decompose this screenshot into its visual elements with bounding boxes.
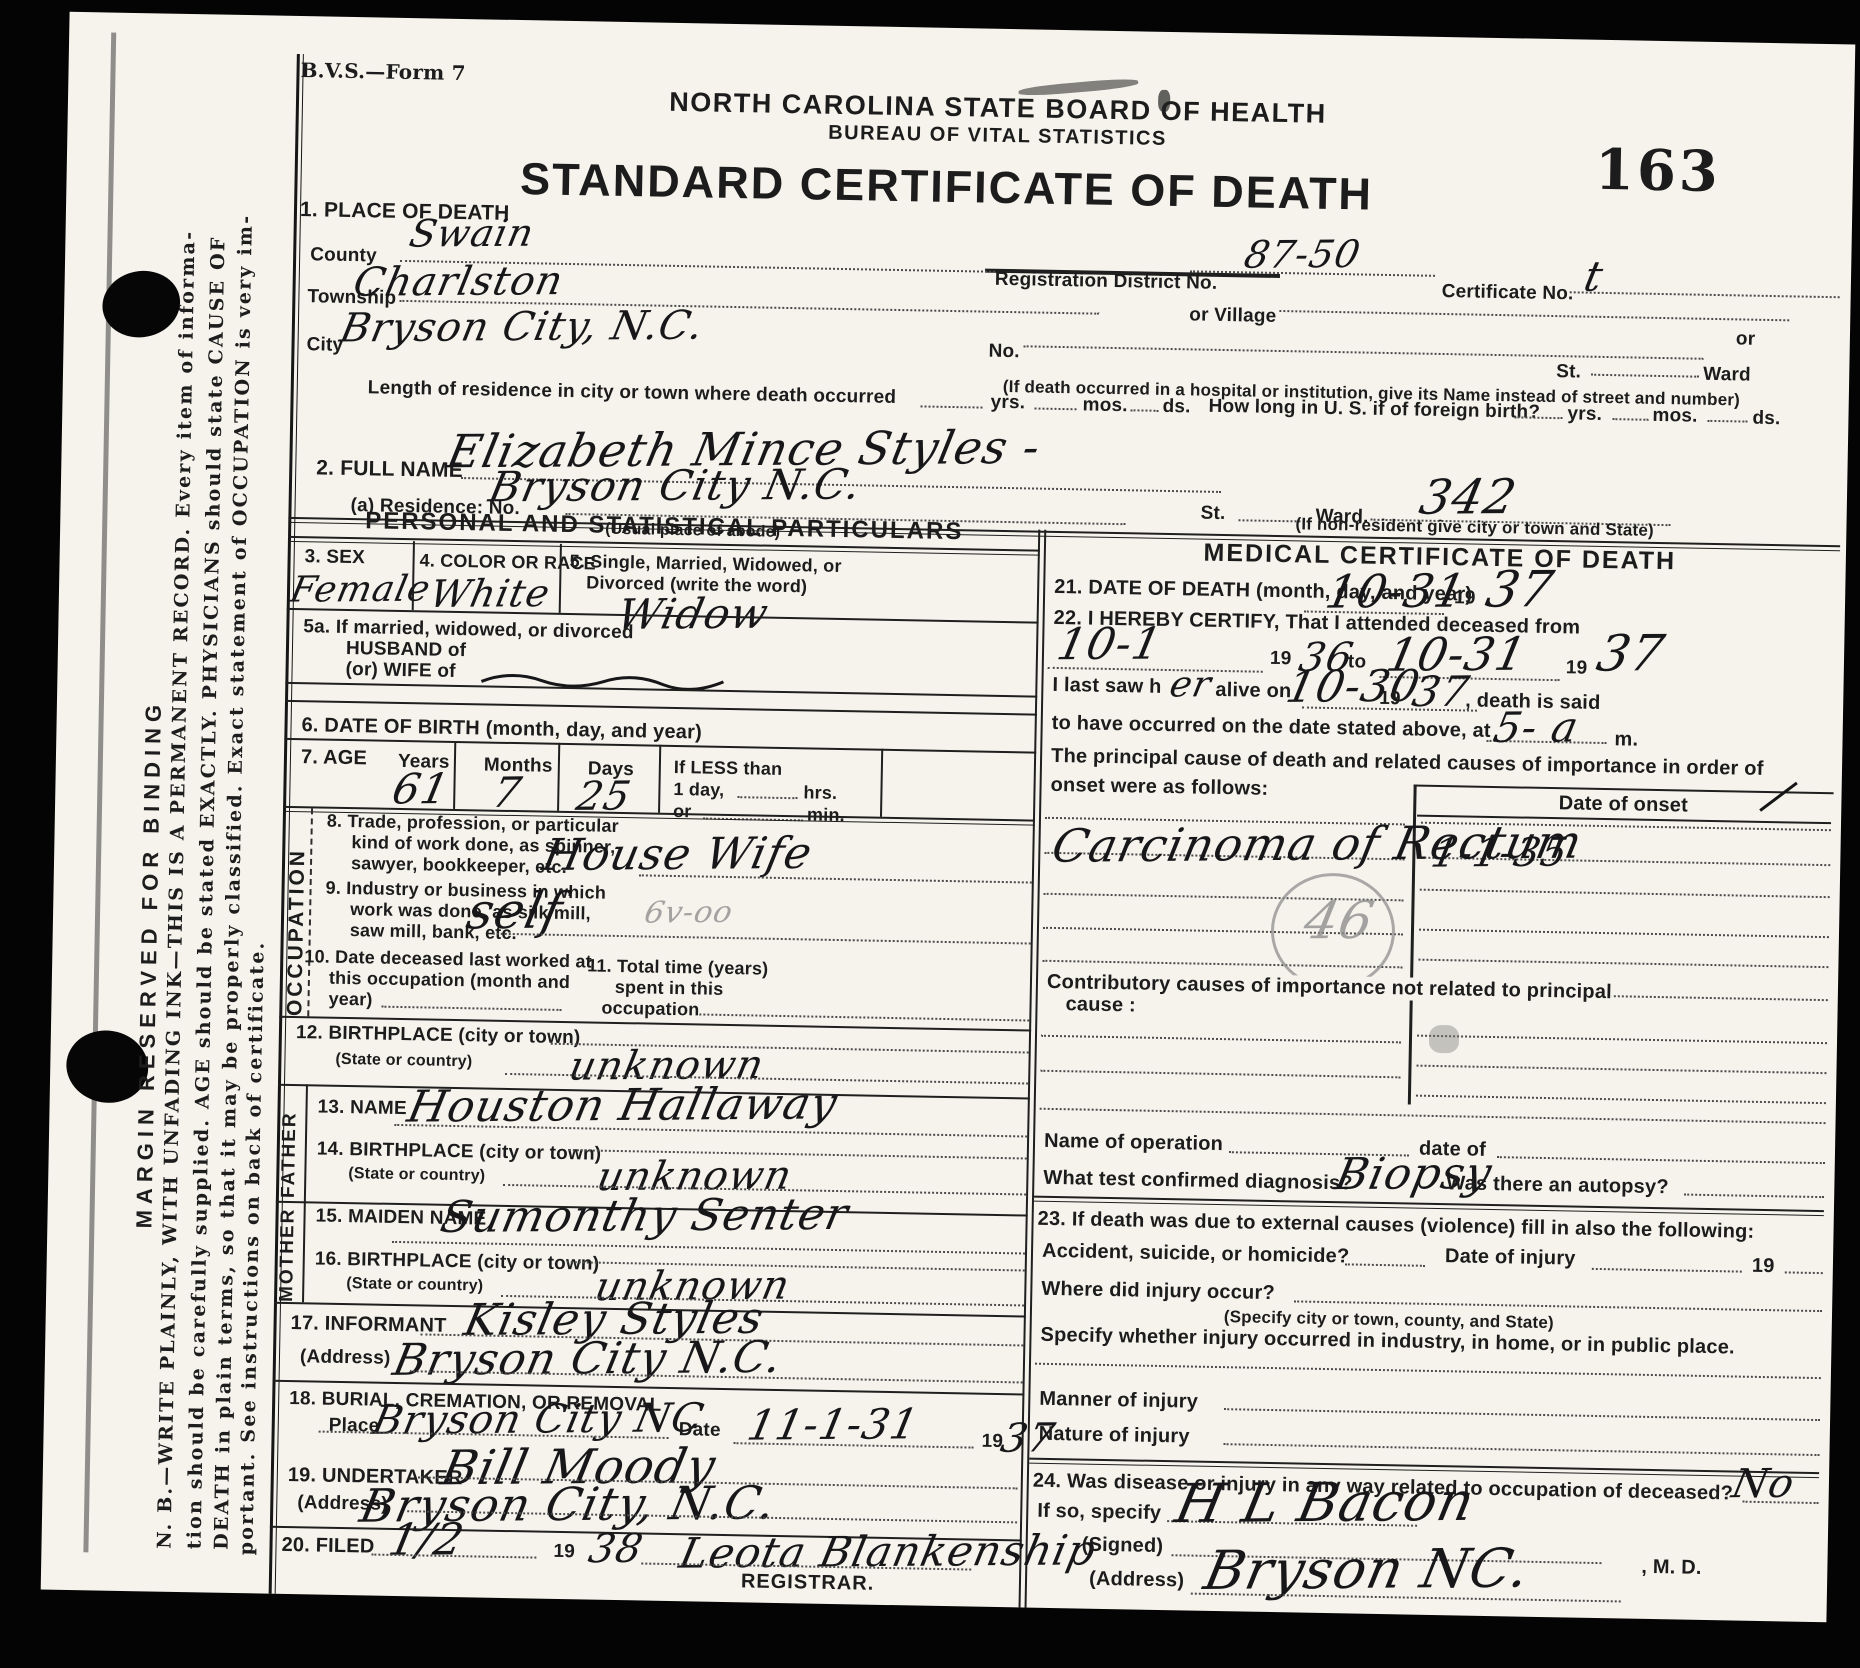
autopsy-dotted [1684, 1194, 1824, 1199]
accident-label: Accident, suicide, or homicide? [1042, 1240, 1350, 1269]
signed-label: (Signed) [1081, 1534, 1163, 1558]
manner-label: Manner of injury [1039, 1388, 1198, 1414]
color-value: White [426, 571, 554, 616]
onset-row-dl-3 [1420, 889, 1830, 899]
item10-dotted [381, 1006, 561, 1011]
township-value: Charlston [349, 258, 567, 305]
parents-bracket-line [302, 1084, 308, 1302]
registration-district-value: 87-50 [1241, 232, 1365, 277]
autopsy-label: Was there an autopsy? [1446, 1172, 1669, 1199]
residence-length-label: Length of residence in city or town wher… [368, 377, 897, 409]
onset-row-dl-9 [1416, 1095, 1826, 1105]
fb-ds-label: ds. [1752, 408, 1780, 431]
where-label: Where did injury occur? [1041, 1278, 1275, 1305]
industry-pencil-code: 6v-oo [641, 895, 736, 931]
city-value: Bryson City, N.C. [336, 303, 708, 352]
contributory-dl-2 [1040, 1070, 1400, 1079]
occupation-value: House Wife [538, 828, 817, 881]
attended-to-19: 19 [1566, 657, 1588, 679]
item16-state-label: (State or country) [346, 1275, 483, 1296]
death-year-value: 37 [1481, 560, 1559, 618]
industry-value: self [462, 882, 568, 940]
item23-label: 23. If death was due to external causes … [1037, 1208, 1754, 1244]
contributory-dl-3 [1040, 1108, 1826, 1124]
hrs-dotted [737, 796, 797, 799]
injury-19-dotted [1785, 1271, 1823, 1274]
pencil-smudge [1429, 1025, 1460, 1054]
father-vertical-label: FATHER [278, 1092, 302, 1198]
registration-district-label: Registration District No. [995, 269, 1218, 295]
registrar-label: REGISTRAR. [741, 1570, 875, 1595]
last-saw-post: alive on [1215, 679, 1291, 703]
onset-row-dl-8 [1417, 1065, 1827, 1075]
ward-label-1: Ward [1703, 364, 1751, 387]
county-value: Swain [406, 211, 539, 256]
attended-from-value: 10-1 [1053, 619, 1167, 671]
res-dl-5 [1612, 418, 1648, 421]
age-divider-1 [453, 741, 456, 809]
age-divider-3 [658, 745, 661, 813]
item9-dotted [493, 933, 1031, 945]
cell-divider-2 [559, 544, 562, 613]
mother-name-value: Sumonthy Senter [436, 1189, 853, 1243]
or-label: or [1736, 328, 1756, 350]
operation-label: Name of operation [1044, 1130, 1223, 1156]
certificate-no-dotted [1570, 291, 1840, 298]
fb-yrs-label: yrs. [1567, 403, 1602, 426]
village-dotted [1279, 310, 1789, 321]
or-village-label: or Village [1189, 304, 1277, 328]
stamp-number: 163 [1594, 137, 1721, 205]
last-saw-19: 19 [1379, 688, 1401, 710]
hrs-label: hrs. [803, 782, 837, 804]
res-dl-2 [1034, 408, 1076, 411]
occurred-label: to have occurred on the date stated abov… [1052, 712, 1491, 743]
accident-dotted [1345, 1263, 1425, 1266]
certificate-paper: MARGIN RESERVED FOR BINDING N. B.—WRITE … [41, 12, 1856, 1622]
st-ward-dotted [1591, 374, 1699, 378]
mother-vertical-label: MOTHER [276, 1204, 300, 1302]
scanned-death-certificate: MARGIN RESERVED FOR BINDING N. B.—WRITE … [0, 0, 1860, 1668]
item13-label: 13. NAME [317, 1096, 407, 1120]
specify-dotted [1035, 1363, 1821, 1379]
last-saw-date: 10-30 [1282, 661, 1425, 713]
form-id: B.V.S.—Form 7 [300, 58, 466, 85]
age-years-value: 61 [388, 764, 454, 813]
rule-blank-row [285, 700, 1037, 716]
md-label: , M. D. [1641, 1556, 1702, 1580]
filed-19-label: 19 [553, 1541, 575, 1563]
st-label-1: St. [1556, 361, 1581, 383]
res-dl-6 [1707, 420, 1747, 423]
certificate-no-label: Certificate No. [1442, 281, 1574, 305]
certificate-title: STANDARD CERTIFICATE OF DEATH [496, 153, 1397, 221]
scan-fold-shadow [83, 33, 116, 1553]
death-19-label: 19 [1454, 587, 1476, 609]
physician-signature: H L Bacon [1170, 1470, 1480, 1535]
registrar-signature: Leota Blankenship [675, 1526, 1100, 1578]
if-less-line1: If LESS than [674, 757, 783, 780]
res-dl-1 [921, 405, 983, 408]
if-so-label: If so, specify [1037, 1500, 1161, 1525]
item20-label: 20. FILED [281, 1534, 374, 1559]
onset-row-dl-4 [1419, 929, 1829, 939]
item12-label: 12. BIRTHPLACE (city or town) [296, 1022, 581, 1049]
sex-label: 3. SEX [304, 546, 365, 569]
contributory-line2: cause : [1065, 993, 1136, 1017]
age-label: 7. AGE [301, 746, 367, 770]
signature-address-label: (Address) [1089, 1568, 1185, 1593]
item11-line2: spent in this [615, 977, 724, 1000]
attended-from-19: 19 [1270, 648, 1292, 670]
last-saw-her: er [1166, 664, 1215, 705]
res-ds-label: ds. [1162, 396, 1190, 419]
item11-dotted [699, 1013, 1029, 1021]
res-mos-label: mos. [1082, 394, 1128, 417]
if-less-line2: 1 day, [673, 779, 724, 801]
res-dl-3 [1130, 409, 1158, 412]
injury-19-label: 19 [1752, 1255, 1775, 1278]
test-label: What test confirmed diagnosis? [1043, 1167, 1353, 1196]
last-saw-pre: I last saw h [1052, 674, 1162, 699]
full-name-label: 2. FULL NAME [316, 456, 463, 483]
item5a-line3: (or) WIFE of [345, 659, 455, 683]
occurred-time-value: 5- a [1490, 703, 1584, 752]
fb-mos-label: mos. [1652, 405, 1698, 428]
age-divider-4 [880, 749, 883, 817]
st-label-2: St. [1200, 503, 1225, 525]
injury-date-label: Date of injury [1445, 1245, 1576, 1270]
item14-label: 14. BIRTHPLACE (city or town) [317, 1138, 602, 1165]
res-yrs-label: yrs. [990, 392, 1025, 415]
item14-state-label: (State or country) [348, 1165, 485, 1186]
physician-address: Bryson NC. [1199, 1537, 1536, 1602]
m-label: m. [1614, 728, 1638, 751]
onset-date-value: 1-1-35 [1427, 830, 1572, 877]
filed-year-value: 38 [585, 1526, 648, 1572]
scan-smudge-2 [1158, 90, 1170, 112]
item8-line3: sawyer, bookkeeper, etc. [351, 853, 567, 878]
no-label: No. [988, 341, 1020, 364]
item12-state-label: (State or country) [335, 1051, 472, 1072]
manner-dotted [1224, 1408, 1820, 1421]
cause-intro-2: onset were as follows: [1050, 774, 1268, 801]
nature-label: Nature of injury [1038, 1423, 1189, 1449]
item11-line3: occupation [601, 998, 699, 1021]
item10-line3: year) [328, 989, 372, 1011]
filed-date-value: 1/2 [384, 1514, 469, 1565]
nature-dotted [1224, 1443, 1820, 1456]
onset-row-dl-7 [1417, 1035, 1827, 1045]
contributory-dl-1 [1041, 1035, 1401, 1044]
item16-label: 16. BIRTHPLACE (city or town) [315, 1248, 600, 1275]
city-dotted [1024, 345, 1704, 359]
margin-note-line4: portant. See instructions on back of cer… [235, 1065, 266, 1555]
cause-code-pencil: 46 [1299, 891, 1380, 951]
injury-date-dotted [1592, 1268, 1742, 1273]
residence-value: Bryson City N.C. [485, 460, 866, 512]
informant-address-label: (Address) [300, 1346, 391, 1370]
onset-row-dl-5 [1418, 959, 1828, 969]
age-divider-2 [557, 743, 560, 811]
foreign-birth-label: How long in U. S. if of foreign birth? [1208, 396, 1540, 424]
date-of-dotted [1497, 1156, 1825, 1164]
attended-to-year: 37 [1592, 624, 1670, 682]
